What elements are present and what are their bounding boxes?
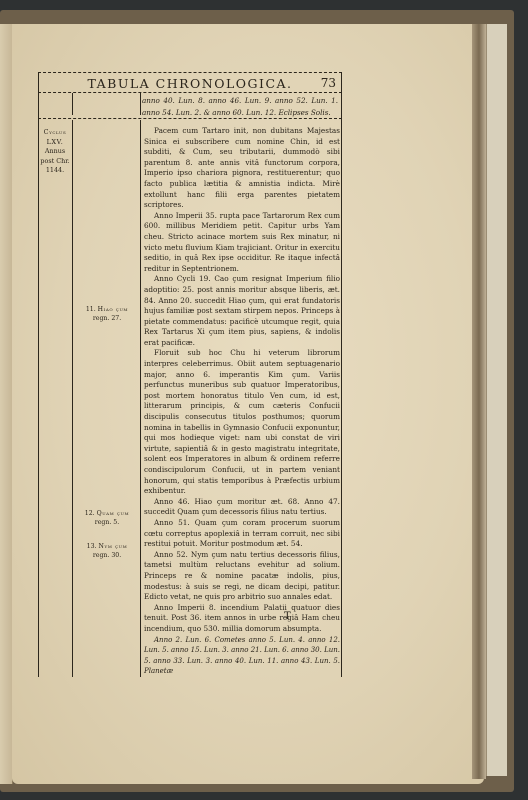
header-bottom-rule (38, 118, 342, 119)
post-chr-label: post Chr. (39, 157, 71, 167)
chronicle-text: Pacem cum Tartaro init, non dubitans Maj… (144, 126, 340, 677)
eclipse-note: anno 40. Lun. 8. anno 46. Lun. 9. anno 5… (142, 95, 338, 118)
right-border (341, 72, 342, 677)
emperor-entry: 11. Hiao çum regn. 27. (74, 305, 140, 323)
emperor-entry: 12. Quam çum regn. 5. (74, 509, 140, 527)
chronological-table: TABULA CHRONOLOGICA. 73 anno 40. Lun. 8.… (38, 72, 342, 677)
column-divider-1 (72, 120, 73, 677)
annus-label: Annus (39, 147, 71, 157)
emperor-reign: regn. 27. (74, 314, 140, 323)
emperor-name: Nym çum (98, 543, 127, 550)
cyclus-line: Cyclus (39, 128, 71, 138)
emperor-name: Hiao çum (98, 306, 128, 313)
page-number: 73 (321, 76, 336, 90)
column-divider-2 (140, 120, 141, 677)
paragraph: Anno 52. Nym çum natu tertius decessoris… (144, 550, 340, 603)
emperor-number: 12. (85, 510, 95, 517)
paragraph: Anno Cycli 19. Cao çum resignat Imperium… (144, 274, 340, 348)
page-fore-edge (486, 24, 507, 776)
emperor-number: 13. (87, 543, 97, 550)
signature-mark: T (284, 611, 291, 622)
paragraph: Anno Imperii 8. incendium Palatii quatuo… (144, 603, 340, 635)
paragraph: Anno 51. Quam çum coram procerum suorum … (144, 518, 340, 550)
emperor-entry: 13. Nym çum regn. 30. (74, 542, 140, 560)
paragraph: Floruit sub hoc Chu hi veterum librorum … (144, 348, 340, 496)
comets-note: Anno 2. Lun. 6. Cometes anno 5. Lun. 4. … (144, 635, 340, 677)
cyclus-year-label: Cyclus LXV. Annus post Chr. 1144. (39, 128, 71, 176)
paragraph: Pacem cum Tartaro init, non dubitans Maj… (144, 126, 340, 211)
year-value: 1144. (39, 166, 71, 176)
top-border-rule (38, 72, 342, 73)
cyclus-number: LXV. (39, 138, 71, 148)
column-divider-1-top (72, 93, 73, 115)
page-gutter-shadow (472, 24, 486, 779)
paragraph: Anno Imperii 35. rupta pace Tartarorum R… (144, 211, 340, 275)
title-underline-rule (38, 92, 342, 93)
column-divider-2-top (140, 93, 141, 115)
emperor-name: Quam çum (97, 510, 130, 517)
emperor-number: 11. (86, 306, 96, 313)
emperor-reign: regn. 30. (74, 551, 140, 560)
paragraph: Anno 46. Hiao çum moritur æt. 68. Anno 4… (144, 497, 340, 518)
emperor-reign: regn. 5. (74, 518, 140, 527)
page-title: TABULA CHRONOLOGICA. (38, 76, 342, 91)
